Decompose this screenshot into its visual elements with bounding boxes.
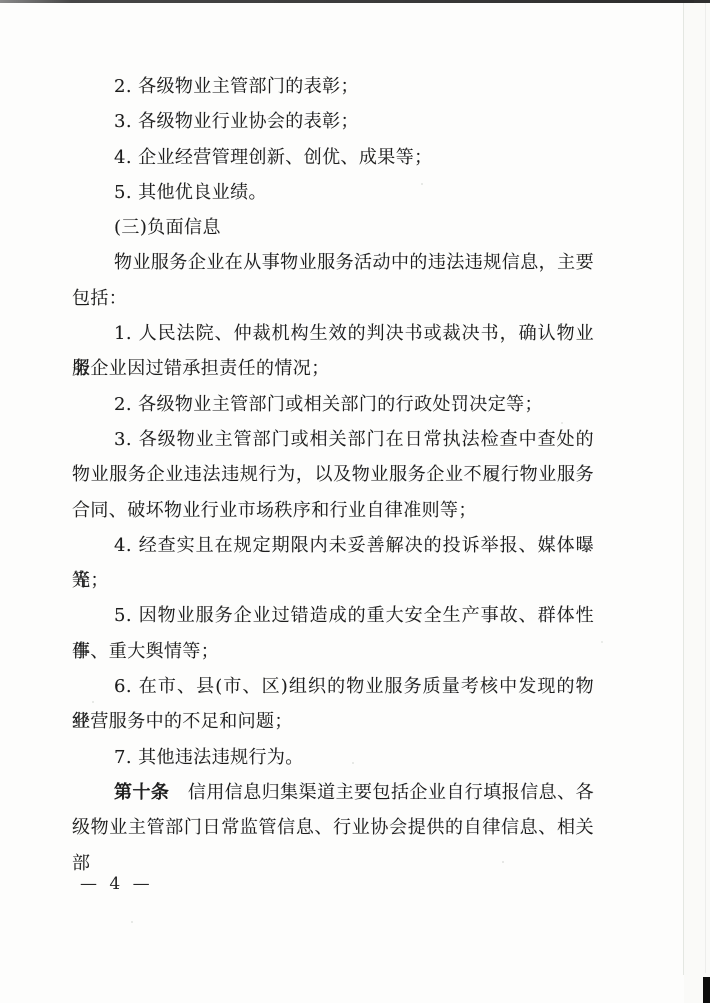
scan-artifact-top-edge <box>0 0 710 3</box>
list-item-negative-1-line-1: 1. 人民法院、仲裁机构生效的判决书或裁决书，确认物业服 <box>72 316 594 351</box>
article-10-text: 信用信息归集渠道主要包括企业自行填报信息、各 <box>188 782 594 803</box>
article-10-line-2: 级物业主管部门日常监管信息、行业协会提供的自律信息、相关部 <box>72 810 594 845</box>
list-item-negative-5-line-1: 5. 因物业服务企业过错造成的重大安全生产事故、群体性事 <box>72 598 594 633</box>
list-item-negative-7: 7. 其他违法违规行为。 <box>72 740 594 775</box>
scanned-document-page: 2. 各级物业主管部门的表彰； 3. 各级物业行业协会的表彰； 4. 企业经营管… <box>0 0 710 1003</box>
list-item-negative-3-line-3: 合同、破坏物业行业市场秩序和行业自律准则等； <box>72 493 594 528</box>
list-item-negative-4-line-1: 4. 经查实且在规定期限内未妥善解决的投诉举报、媒体曝光 <box>72 528 594 563</box>
scan-artifact-page-edge-line-2 <box>705 3 706 973</box>
page-number: — 4 — <box>80 874 151 894</box>
list-item-negative-4-line-2: 等； <box>72 563 594 598</box>
list-item-negative-6-line-2: 经营服务中的不足和问题； <box>72 704 594 739</box>
scan-artifact-right-strip <box>684 3 710 1003</box>
list-item-positive-2: 2. 各级物业主管部门的表彰； <box>72 69 594 104</box>
article-10-line-1: 第十条 信用信息归集渠道主要包括企业自行填报信息、各 <box>72 775 594 810</box>
paragraph-negative-intro-line-2: 包括： <box>72 281 594 316</box>
article-10-number: 第十条 <box>114 782 188 803</box>
list-item-negative-5-line-2: 件、重大舆情等； <box>72 634 594 669</box>
list-item-negative-1-line-2: 务企业因过错承担责任的情况； <box>72 351 594 386</box>
list-item-negative-3-line-2: 物业服务企业违法违规行为，以及物业服务企业不履行物业服务 <box>72 457 594 492</box>
document-body: 2. 各级物业主管部门的表彰； 3. 各级物业行业协会的表彰； 4. 企业经营管… <box>72 69 594 846</box>
scan-artifact-bottom-right-mark <box>703 977 710 1003</box>
list-item-positive-4: 4. 企业经营管理创新、创优、成果等； <box>72 140 594 175</box>
scan-artifact-page-edge-line <box>683 3 684 975</box>
scan-noise-specks <box>0 0 2 2</box>
list-item-negative-3-line-1: 3. 各级物业主管部门或相关部门在日常执法检查中查处的 <box>72 422 594 457</box>
list-item-negative-2: 2. 各级物业主管部门或相关部门的行政处罚决定等； <box>72 387 594 422</box>
paragraph-negative-intro-line-1: 物业服务企业在从事物业服务活动中的违法违规信息，主要 <box>72 245 594 280</box>
section-heading-negative-info: (三)负面信息 <box>72 210 594 245</box>
list-item-positive-3: 3. 各级物业行业协会的表彰； <box>72 104 594 139</box>
list-item-positive-5: 5. 其他优良业绩。 <box>72 175 594 210</box>
list-item-negative-6-line-1: 6. 在市、县(市、区)组织的物业服务质量考核中发现的物业 <box>72 669 594 704</box>
